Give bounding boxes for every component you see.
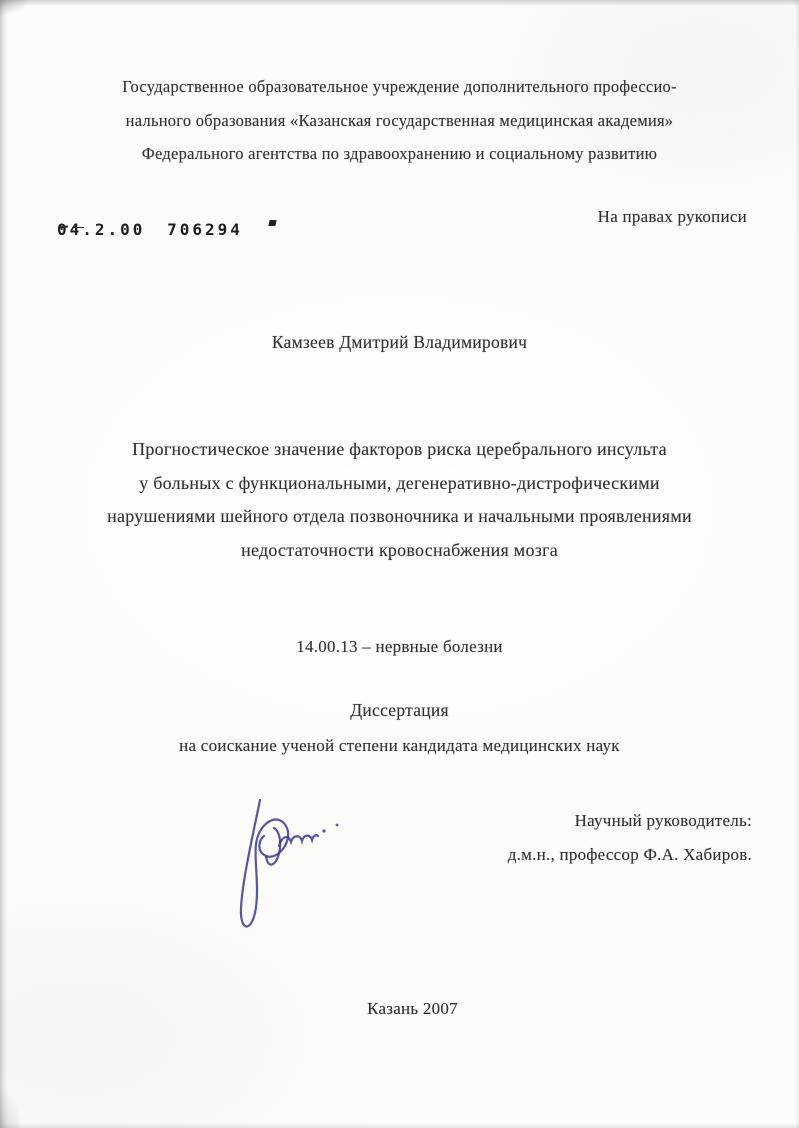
dissertation-title: Прогностическое значение факторов риска … (30, 433, 769, 567)
supervisor-label: Научный руководитель: (508, 804, 752, 838)
scan-corner-smudge-bottom-left (0, 1088, 22, 1128)
title-line-4: недостаточности кровоснабжения мозга (30, 534, 769, 568)
dissertation-title-page: Государственное образовательное учрежден… (0, 0, 799, 1128)
institution-line-3: Федерального агентства по здравоохранени… (40, 137, 759, 171)
supervisor-block: Научный руководитель: д.м.н., профессор … (508, 804, 752, 872)
title-line-1: Прогностическое значение факторов риска … (30, 433, 769, 467)
signature-stroke-main (241, 800, 288, 926)
scan-corner-smudge-top-left (0, 0, 30, 16)
city-year: Казань 2007 (13, 999, 799, 1019)
scan-edge-left (0, 0, 8, 1128)
handwritten-signature (216, 786, 356, 941)
stamp-tail-mark (268, 220, 276, 226)
specialty-code: 14.00.13 – нервные болезни (0, 637, 799, 657)
title-line-3: нарушениями шейного отдела позвоночника … (30, 500, 769, 534)
thesis-type: Диссертация (0, 700, 799, 721)
institution-line-1: Государственное образовательное учрежден… (40, 70, 759, 104)
scan-edge-bottom (0, 1123, 799, 1128)
title-line-2: у больных с функциональными, дегенератив… (30, 467, 769, 501)
thesis-degree-line: на соискание ученой степени кандидата ме… (0, 736, 799, 756)
stamp-number: 04.2.00 706294 (57, 220, 243, 239)
institution-header: Государственное образовательное учрежден… (40, 70, 759, 171)
manuscript-rights-note: На правах рукописи (598, 207, 747, 227)
signature-dot-1 (322, 829, 325, 832)
scan-edge-top (0, 0, 799, 6)
stamp-overline-marks (59, 213, 84, 232)
scan-edge-right (795, 0, 799, 1128)
signature-dot-2 (336, 824, 339, 827)
institution-line-2: нального образования «Казанская государс… (40, 104, 759, 138)
author-name: Камзеев Дмитрий Владимирович (0, 332, 799, 353)
supervisor-name: д.м.н., профессор Ф.А. Хабиров. (508, 838, 752, 872)
library-accession-stamp: 04.2.00 706294 (57, 220, 276, 239)
